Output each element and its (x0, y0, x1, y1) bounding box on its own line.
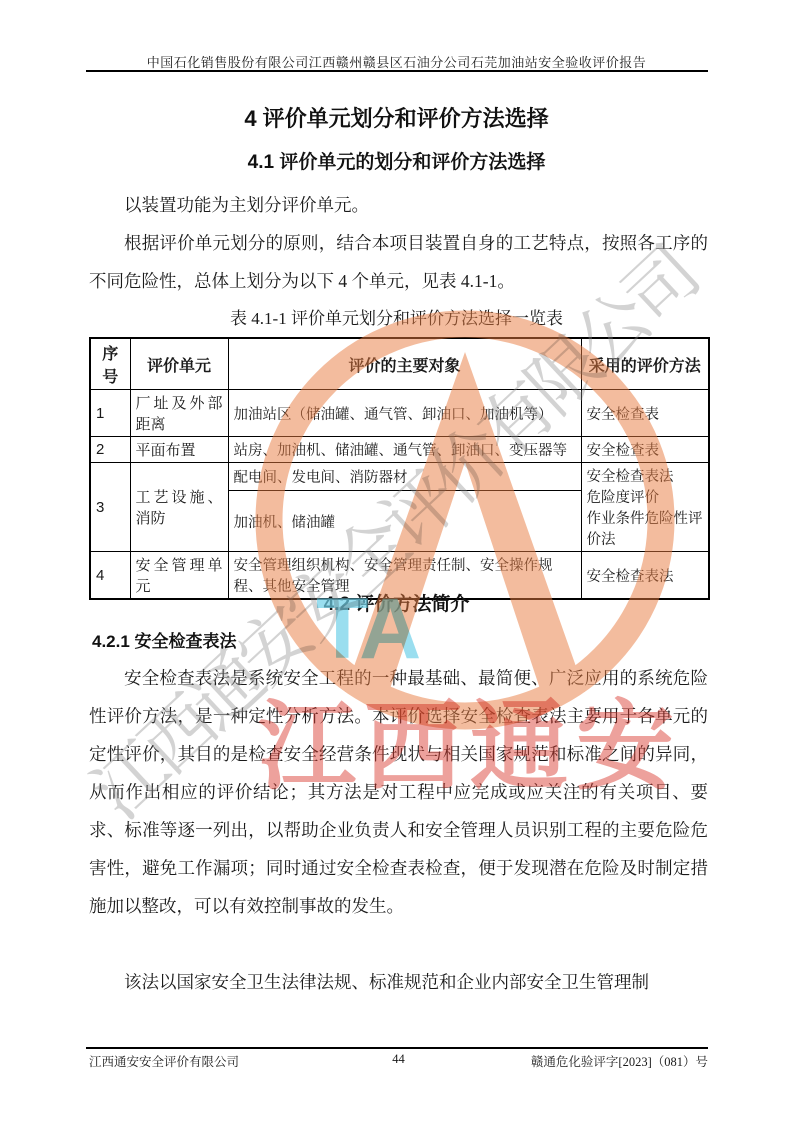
cell-no: 1 (90, 390, 130, 437)
page-header-title: 中国石化销售股份有限公司江西赣州赣县区石油分公司石芫加油站安全验收评价报告 (0, 52, 793, 71)
paragraph-checklist-method: 安全检查表法是系统安全工程的一种最基础、最简便、广泛应用的系统危险性评价方法，是… (89, 659, 708, 925)
cell-unit: 平面布置 (130, 437, 228, 463)
col-header-no: 序号 (90, 338, 130, 390)
cell-no: 2 (90, 437, 130, 463)
evaluation-units-table: 序号 评价单元 评价的主要对象 采用的评价方法 1 厂址及外部距离 加油站区（储… (89, 337, 710, 600)
cell-objects: 加油站区（储油罐、通气管、卸油口、加油机等） (228, 390, 581, 437)
table-caption: 表 4.1-1 评价单元划分和评价方法选择一览表 (0, 306, 793, 332)
cell-method: 安全检查表 (581, 437, 709, 463)
col-header-objects: 评价的主要对象 (228, 338, 581, 390)
section-title: 4 评价单元划分和评价方法选择 (0, 102, 793, 133)
col-header-method: 采用的评价方法 (581, 338, 709, 390)
cell-objects-a: 配电间、发电间、消防器材 (228, 463, 581, 491)
col-header-unit: 评价单元 (130, 338, 228, 390)
paragraph-checklist-basis: 该法以国家安全卫生法律法规、标准规范和企业内部安全卫生管理制 (89, 963, 708, 1001)
cell-unit: 厂址及外部距离 (130, 390, 228, 437)
report-page: 中国石化销售股份有限公司江西赣州赣县区石油分公司石芫加油站安全验收评价报告 4 … (0, 0, 793, 1122)
cell-objects: 站房、加油机、储油罐、通气管、卸油口、变压器等 (228, 437, 581, 463)
table-row: 1 厂址及外部距离 加油站区（储油罐、通气管、卸油口、加油机等） 安全检查表 (90, 390, 709, 437)
subsection-title-4-2-1: 4.2.1 安全检查表法 (92, 627, 237, 652)
cell-method: 安全检查表 (581, 390, 709, 437)
table-row: 3 工艺设施、消防 配电间、发电间、消防器材 安全检查表法 危险度评价 作业条件… (90, 463, 709, 491)
footer-rule (86, 1047, 708, 1049)
subsection-title-4-2: 4.2 评价方法简介 (0, 589, 793, 616)
subsection-title-4-1: 4.1 评价单元的划分和评价方法选择 (0, 147, 793, 174)
cell-method: 安全检查表法 危险度评价 作业条件危险性评价法 (581, 463, 709, 552)
footer-doc-number: 赣通危化验评字[2023]（081）号 (89, 1052, 708, 1070)
cell-no: 3 (90, 463, 130, 552)
paragraph-unit-division: 以装置功能为主划分评价单元。 (89, 186, 708, 224)
table-row: 2 平面布置 站房、加油机、储油罐、通气管、卸油口、变压器等 安全检查表 (90, 437, 709, 463)
cell-objects-b: 加油机、储油罐 (228, 491, 581, 552)
table-header-row: 序号 评价单元 评价的主要对象 采用的评价方法 (90, 338, 709, 390)
cell-unit: 工艺设施、消防 (130, 463, 228, 552)
header-rule (86, 70, 708, 72)
paragraph-division-principle: 根据评价单元划分的原则，结合本项目装置自身的工艺特点，按照各工序的不同危险性，总… (89, 224, 708, 300)
